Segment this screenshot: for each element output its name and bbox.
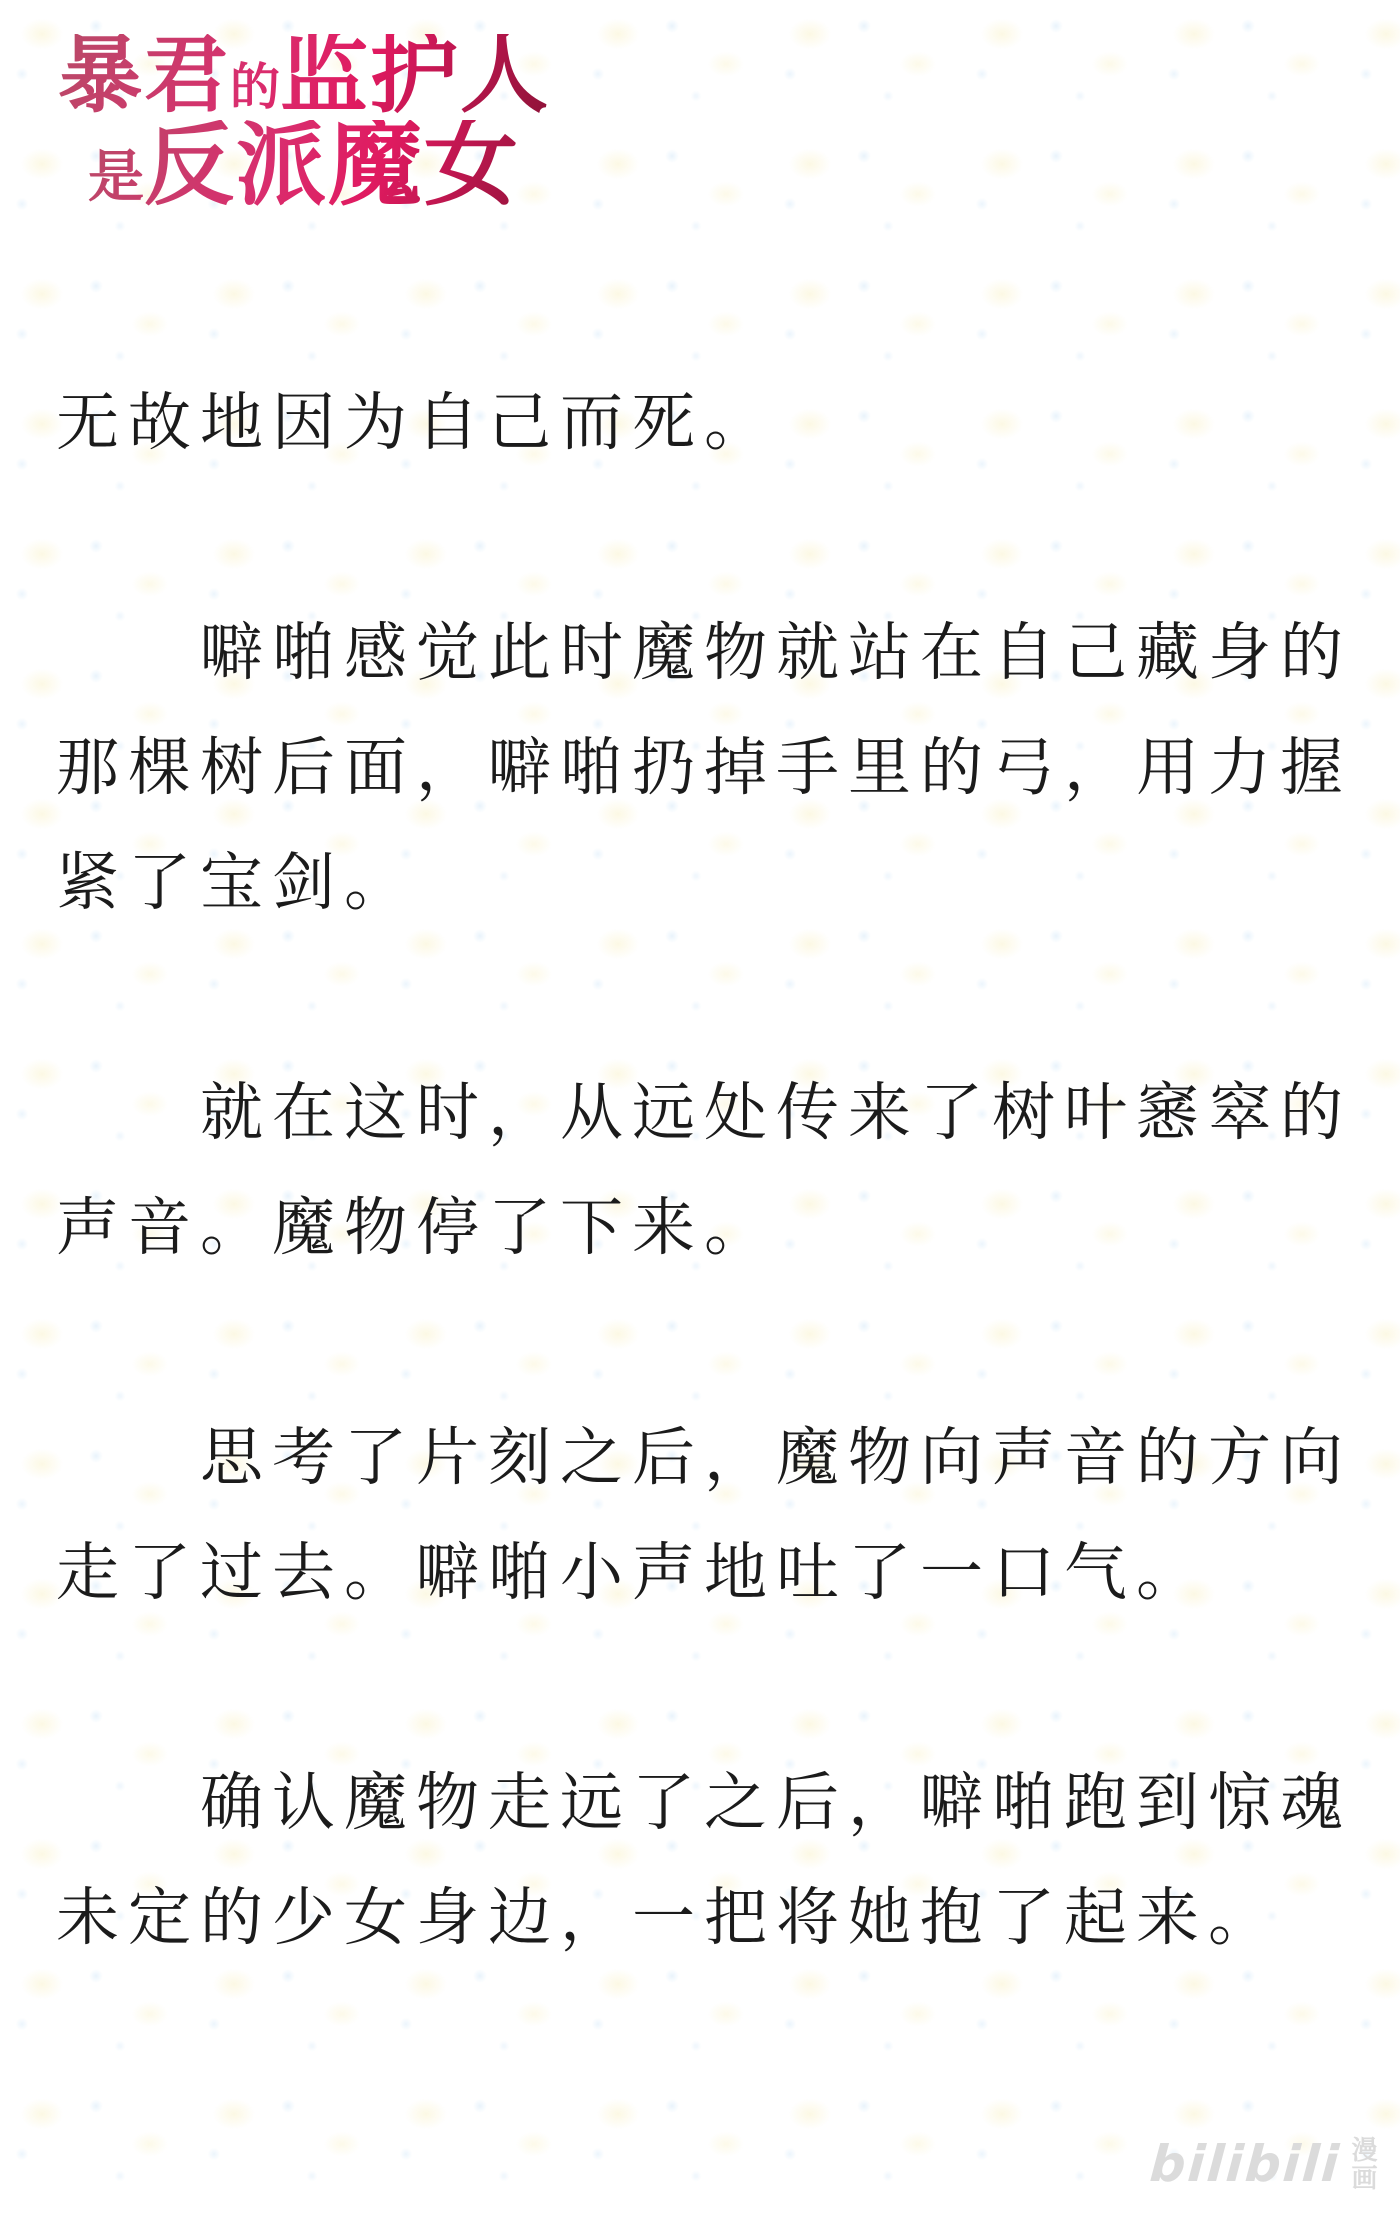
novel-paragraph: 确认魔物走远了之后，噼啪跑到惊魂未定的少女身边，一把将她抱了起来。	[56, 1746, 1356, 1976]
logo-text-segment: 是	[88, 152, 144, 206]
logo-text-segment: 监护人	[280, 34, 550, 118]
logo-text-segment: 暴君	[58, 37, 230, 118]
logo-text-segment: 魔女	[328, 120, 520, 210]
series-logo-line1: 暴君 的 监护人	[58, 34, 550, 118]
bilibili-manga-label: 漫画	[1348, 2136, 1378, 2192]
series-logo-line2: 是 反派 魔女	[88, 120, 550, 210]
novel-paragraph: 噼啪感觉此时魔物就站在自己藏身的那棵树后面，噼啪扔掉手里的弓，用力握紧了宝剑。	[56, 596, 1356, 941]
novel-text-content: 无故地因为自己而死。 噼啪感觉此时魔物就站在自己藏身的那棵树后面，噼啪扔掉手里的…	[56, 366, 1356, 2091]
logo-text-segment: 反派	[144, 124, 328, 210]
novel-paragraph: 就在这时，从远处传来了树叶窸窣的声音。魔物停了下来。	[56, 1056, 1356, 1286]
series-logo: 暴君 的 监护人 是 反派 魔女	[58, 34, 550, 211]
bilibili-logo: bilibili	[1148, 2139, 1342, 2189]
logo-text-segment: 的	[230, 63, 280, 111]
bilibili-manga-watermark: bilibili 漫画	[1150, 2136, 1378, 2192]
novel-paragraph: 无故地因为自己而死。	[56, 366, 1356, 481]
novel-page-canvas[interactable]: 暴君 的 监护人 是 反派 魔女 无故地因为自己而死。 噼啪感觉此时魔物就站在自…	[0, 0, 1400, 2214]
novel-paragraph: 思考了片刻之后，魔物向声音的方向走了过去。噼啪小声地吐了一口气。	[56, 1401, 1356, 1631]
